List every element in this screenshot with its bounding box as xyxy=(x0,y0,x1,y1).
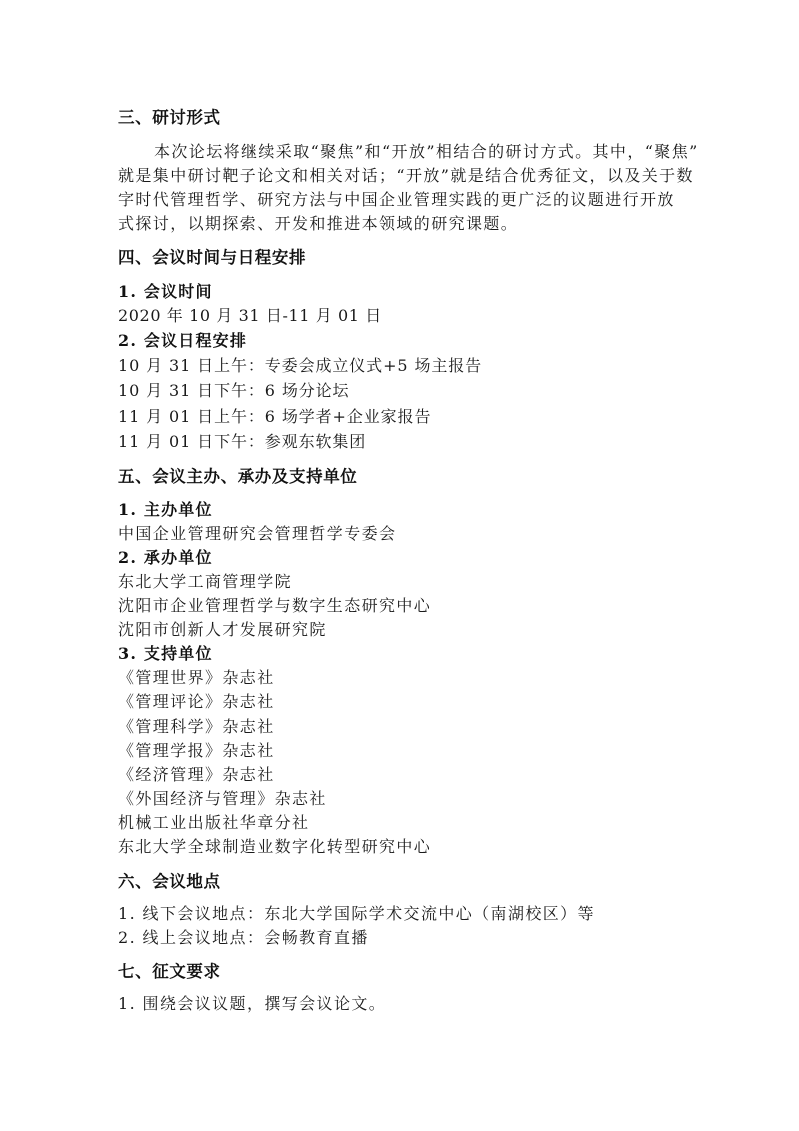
organizer-unit: 沈阳市创新人才发展研究院 xyxy=(118,620,327,640)
paragraph-line: 式探讨，以期探索、开发和推进本领域的研究课题。 xyxy=(118,214,518,234)
supporter-unit: 机械工业出版社华章分社 xyxy=(118,813,309,833)
section-heading-organizers: 五、会议主办、承办及支持单位 xyxy=(118,467,357,487)
section-heading-paper-requirements: 七、征文要求 xyxy=(118,962,221,982)
supporter-unit: 《管理科学》杂志社 xyxy=(118,717,275,737)
venue-item: 2. 线上会议地点：会畅教育直播 xyxy=(118,928,369,948)
subheading-meeting-time: 1. 会议时间 xyxy=(118,282,213,302)
host-unit: 中国企业管理研究会管理哲学专委会 xyxy=(118,524,396,544)
supporter-unit: 《外国经济与管理》杂志社 xyxy=(118,789,327,809)
organizer-unit: 东北大学工商管理学院 xyxy=(118,572,292,592)
section-heading-discussion-format: 三、研讨形式 xyxy=(118,108,221,128)
section-heading-venue: 六、会议地点 xyxy=(118,872,221,892)
schedule-item: 10 月 31 日上午：专委会成立仪式+5 场主报告 xyxy=(118,356,482,376)
organizer-unit: 沈阳市企业管理哲学与数字生态研究中心 xyxy=(118,596,431,616)
supporter-unit: 《管理学报》杂志社 xyxy=(118,741,275,761)
section-heading-time-schedule: 四、会议时间与日程安排 xyxy=(118,248,306,268)
subheading-supporter: 3. 支持单位 xyxy=(118,644,213,664)
venue-item: 1. 线下会议地点：东北大学国际学术交流中心（南湖校区）等 xyxy=(118,904,595,924)
paragraph-line: 就是集中研讨靶子论文和相关对话；“开放”就是结合优秀征文，以及关于数 xyxy=(118,166,694,186)
subheading-schedule: 2. 会议日程安排 xyxy=(118,331,247,351)
requirement-item: 1. 围绕会议议题，撰写会议论文。 xyxy=(118,994,386,1014)
supporter-unit: 《经济管理》杂志社 xyxy=(118,765,275,785)
paragraph-line: 本次论坛将继续采取“聚焦”和“开放”相结合的研讨方式。其中，“聚焦” xyxy=(154,142,699,162)
document-page: 三、研讨形式 本次论坛将继续采取“聚焦”和“开放”相结合的研讨方式。其中，“聚焦… xyxy=(0,0,799,1131)
subheading-host: 1. 主办单位 xyxy=(118,500,213,520)
supporter-unit: 东北大学全球制造业数字化转型研究中心 xyxy=(118,837,431,857)
supporter-unit: 《管理世界》杂志社 xyxy=(118,668,275,688)
meeting-date: 2020 年 10 月 31 日-11 月 01 日 xyxy=(118,306,382,326)
schedule-item: 11 月 01 日上午：6 场学者+企业家报告 xyxy=(118,407,431,427)
schedule-item: 11 月 01 日下午：参观东软集团 xyxy=(118,432,366,452)
supporter-unit: 《管理评论》杂志社 xyxy=(118,692,275,712)
paragraph-line: 字时代管理哲学、研究方法与中国企业管理实践的更广泛的议题进行开放 xyxy=(118,190,675,210)
schedule-item: 10 月 31 日下午：6 场分论坛 xyxy=(118,381,349,401)
subheading-organizer: 2. 承办单位 xyxy=(118,548,213,568)
